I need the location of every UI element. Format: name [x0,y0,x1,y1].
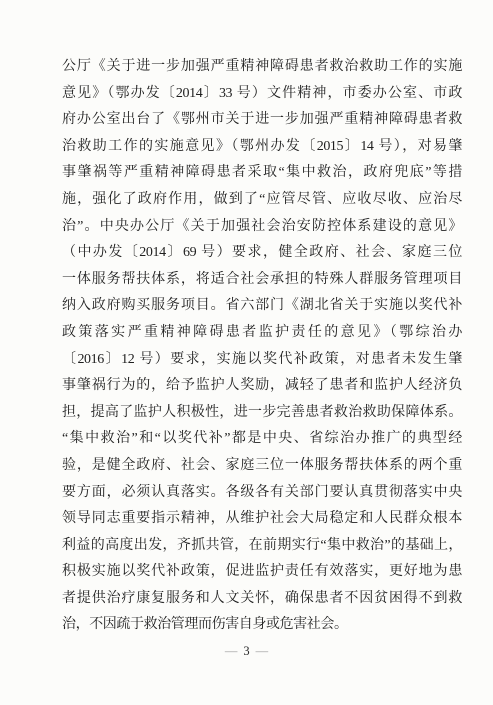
page-number-dash-right: — [256,644,269,658]
text-line: “集中救治”和“以奖代补”都是中央、省综治办推广的典型经 [62,426,462,453]
text-line: （中办发〔2014〕69 号）要求，健全政府、社会、家庭三位 [62,240,462,267]
text-line: 公厅《关于进一步加强严重精神障碍患者救治救助工作的实施 [62,54,462,81]
text-line: 利益的高度出发，齐抓共管，在前期实行“集中救治”的基础上， [62,533,462,560]
text-line: 府办公室出台了《鄂州市关于进一步加强严重精神障碍患者救 [62,107,462,134]
page-number-dash-left: — [225,644,238,658]
text-line: 验，是健全政府、社会、家庭三位一体服务帮扶体系的两个重 [62,453,462,480]
text-line: 治救助工作的实施意见》（鄂州办发〔2015〕14 号），对易肇 [62,134,462,161]
body-text: 公厅《关于进一步加强严重精神障碍患者救治救助工作的实施意见》（鄂办发〔2014〕… [62,54,462,639]
text-line: 者提供治疗康复服务和人文关怀，确保患者不因贫困得不到救 [62,586,462,613]
text-line: 〔2016〕12 号）要求，实施以奖代补政策，对患者未发生肇 [62,347,462,374]
text-line: 一体服务帮扶体系，将适合社会承担的特殊人群服务管理项目 [62,267,462,294]
text-line: 意见》（鄂办发〔2014〕33 号）文件精神，市委办公室、市政 [62,81,462,108]
text-line: 要方面，必须认真落实。各级各有关部门要认真贯彻落实中央 [62,480,462,507]
document-page: 公厅《关于进一步加强严重精神障碍患者救治救助工作的实施意见》（鄂办发〔2014〕… [0,0,493,705]
text-line: 事肇祸行为的，给予监护人奖励，减轻了患者和监护人经济负 [62,373,462,400]
text-line: 积极实施以奖代补政策，促进监护责任有效落实，更好地为患 [62,559,462,586]
text-line: 政策落实严重精神障碍患者监护责任的意见》（鄂综治办 [62,320,462,347]
text-line: 治”。中央办公厅《关于加强社会治安防控体系建设的意见》 [62,214,462,241]
text-line: 担，提高了监护人积极性，进一步完善患者救治救助保障体系。 [62,400,462,427]
text-line: 治，不因疏于救治管理而伤害自身或危害社会。 [62,612,462,639]
text-line: 纳入政府购买服务项目。省六部门《湖北省关于实施以奖代补 [62,293,462,320]
text-line: 领导同志重要指示精神，从维护社会大局稳定和人民群众根本 [62,506,462,533]
page-number: 3 [243,643,249,659]
page-footer: —3— [0,643,493,659]
text-line: 事肇祸等严重精神障碍患者采取“集中救治，政府兜底”等措 [62,160,462,187]
text-line: 施，强化了政府作用，做到了“应管尽管、应收尽收、应治尽 [62,187,462,214]
